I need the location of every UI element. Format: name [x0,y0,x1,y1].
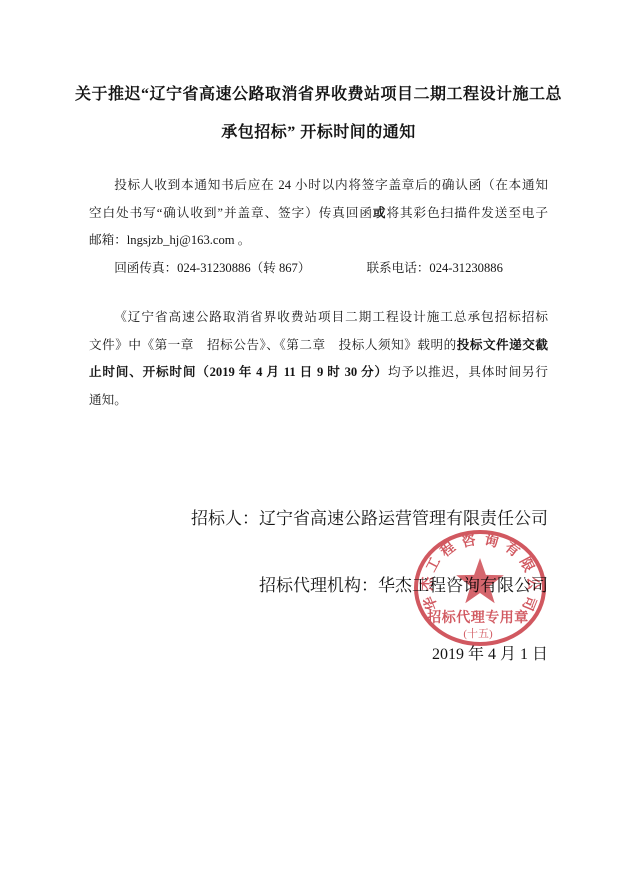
body-text: 回函传真：024-31230886（转 867） [114,261,310,275]
page-title: 关于推迟“辽宁省高速公路取消省界收费站项目二期工程设计施工总 承包招标” 开标时… [0,76,637,151]
company-seal: 华杰工程咨询有限公司 招标代理专用章 (十五) [412,527,550,649]
title-line-2: 承包招标” 开标时间的通知 [0,114,637,152]
text-line: 空白处书写“确认收到”并盖章、签字）传真回函或将其彩色扫描件发送至电子 [89,200,548,228]
body-text: 通知。 [89,393,127,407]
star-icon [456,558,504,603]
text-line: 文件》中《第一章 招标公告》、《第二章 投标人须知》载明的投标文件递交截 [89,332,548,360]
text-line: 《辽宁省高速公路取消省界收费站项目二期工程设计施工总承包招标招标 [89,304,548,332]
emphasis-text: 止时间、开标时间（2019 年 4 月 11 日 9 时 30 分） [89,365,388,379]
seal-arc-char: 公 [524,576,541,592]
body-text: 《辽宁省高速公路取消省界收费站项目二期工程设计施工总承包招标招标 [114,310,548,324]
text-line: 止时间、开标时间（2019 年 4 月 11 日 9 时 30 分）均予以推迟，… [89,359,548,387]
notice-paragraph-postpone: 《辽宁省高速公路取消省界收费站项目二期工程设计施工总承包招标招标文件》中《第一章… [89,304,548,414]
seal-title-text: 招标代理专用章 [426,609,529,626]
text-line: 通知。 [89,387,548,415]
seal-arc-char: 杰 [418,575,436,591]
seal-graphic: 华杰工程咨询有限公司 招标代理专用章 (十五) [412,527,550,649]
title-line-1: 关于推迟“辽宁省高速公路取消省界收费站项目二期工程设计施工总 [0,76,637,114]
emphasis-text: 投标文件递交截 [457,338,548,352]
notice-paragraph-confirmation: 投标人收到本通知书后应在 24 小时以内将签字盖章后的确认函（在本通知空白处书写… [89,172,548,282]
text-line: 投标人收到本通知书后应在 24 小时以内将签字盖章后的确认函（在本通知 [89,172,548,200]
body-text: 将其彩色扫描件发送至电子 [386,206,548,220]
text-line: 回函传真：024-31230886（转 867）联系电话：024-3123088… [89,255,548,283]
body-text: 空白处书写“确认收到”并盖章、签字）传真回函 [89,206,373,220]
body-text: 文件》中《第一章 招标公告》、《第二章 投标人须知》载明的 [89,338,457,352]
body-text: 均予以推迟，具体时间另行 [388,365,548,379]
emphasis-text: 或 [373,206,387,220]
text-line: 邮箱：lngsjzb_hj@163.com 。 [89,227,548,255]
body-text: 邮箱：lngsjzb_hj@163.com 。 [89,233,250,247]
body-text: 投标人收到本通知书后应在 24 小时以内将签字盖章后的确认函（在本通知 [114,178,548,192]
document-page: 关于推迟“辽宁省高速公路取消省界收费站项目二期工程设计施工总 承包招标” 开标时… [0,0,637,889]
seal-number-text: (十五) [463,626,493,640]
body-text: 联系电话：024-31230886 [366,261,502,275]
